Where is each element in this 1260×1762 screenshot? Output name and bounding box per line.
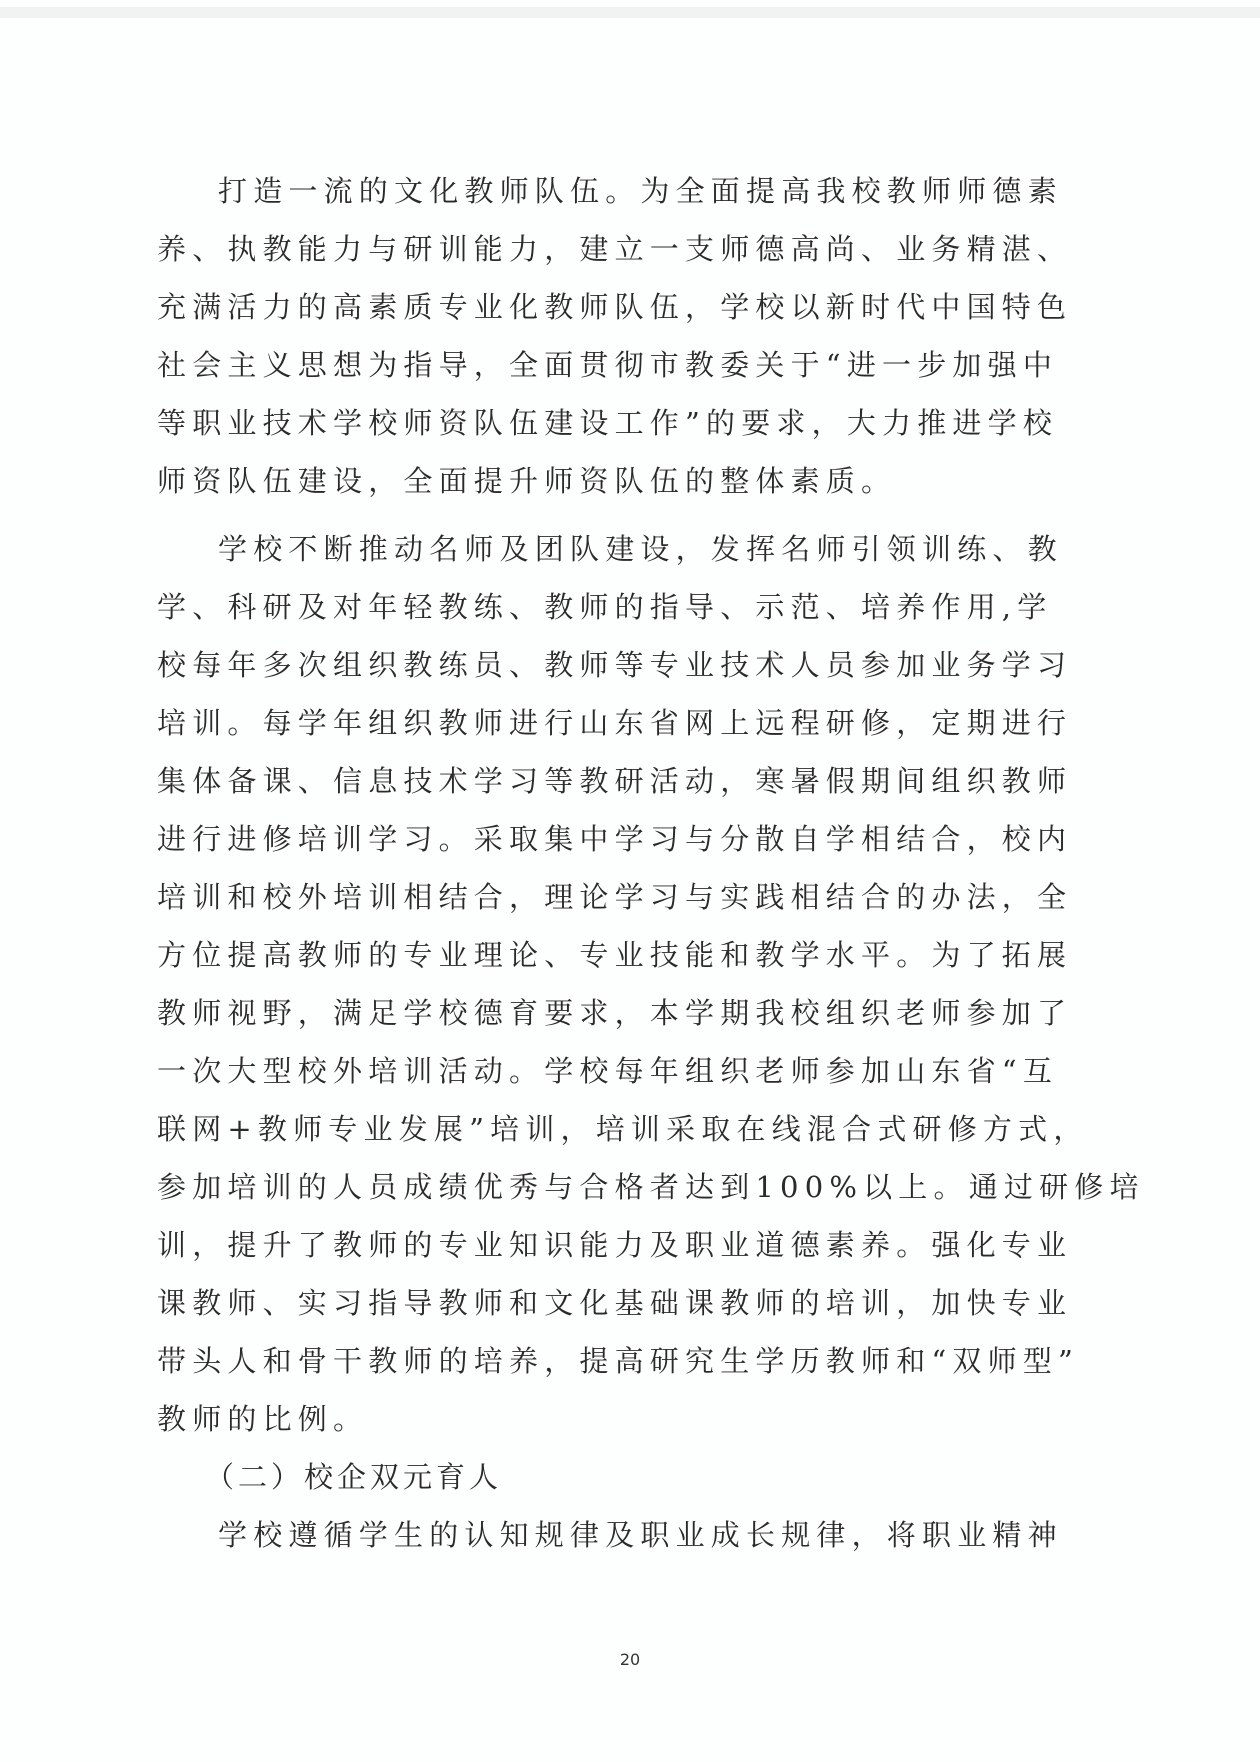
paragraph-1: 打造一流的文化教师队伍。为全面提高我校教师师德素 养、执教能力与研训能力，建立一…: [157, 162, 937, 510]
text-line: 带头人和骨干教师的培养，提高研究生学历教师和“双师型”: [157, 1332, 937, 1390]
text-line: 师资队伍建设，全面提升师资队伍的整体素质。: [157, 452, 937, 510]
text-line: 教师视野，满足学校德育要求，本学期我校组织老师参加了: [157, 984, 937, 1042]
text-line: 打造一流的文化教师队伍。为全面提高我校教师师德素: [157, 162, 937, 220]
text-line: 教师的比例。: [157, 1390, 937, 1448]
text-line: 充满活力的高素质专业化教师队伍，学校以新时代中国特色: [157, 278, 937, 336]
text-line: 训，提升了教师的专业知识能力及职业道德素养。强化专业: [157, 1216, 937, 1274]
text-line: 方位提高教师的专业理论、专业技能和教学水平。为了拓展: [157, 926, 937, 984]
text-line: 培训。每学年组织教师进行山东省网上远程研修，定期进行: [157, 694, 937, 752]
paragraph-2: 学校不断推动名师及团队建设，发挥名师引领训练、教 学、科研及对年轻教练、教师的指…: [157, 520, 937, 1448]
text-line: 进行进修培训学习。采取集中学习与分散自学相结合，校内: [157, 810, 937, 868]
text-line: 联网+教师专业发展”培训，培训采取在线混合式研修方式，: [157, 1100, 937, 1158]
text-line: 养、执教能力与研训能力，建立一支师德高尚、业务精湛、: [157, 220, 937, 278]
page-number: 20: [0, 1650, 1260, 1669]
paragraph-3: 学校遵循学生的认知规律及职业成长规律，将职业精神: [157, 1506, 937, 1564]
text-line: 一次大型校外培训活动。学校每年组织老师参加山东省“互: [157, 1042, 937, 1100]
text-line: 等职业技术学校师资队伍建设工作”的要求，大力推进学校: [157, 394, 937, 452]
text-line: 参加培训的人员成绩优秀与合格者达到100%以上。通过研修培: [157, 1158, 937, 1216]
text-line: 培训和校外培训相结合，理论学习与实践相结合的办法，全: [157, 868, 937, 926]
top-toolbar-strip: [0, 7, 1260, 18]
text-line: 学、科研及对年轻教练、教师的指导、示范、培养作用,学: [157, 578, 937, 636]
document-page: 打造一流的文化教师队伍。为全面提高我校教师师德素 养、执教能力与研训能力，建立一…: [157, 162, 937, 1564]
text-line: 学校不断推动名师及团队建设，发挥名师引领训练、教: [157, 520, 937, 578]
text-line: 学校遵循学生的认知规律及职业成长规律，将职业精神: [157, 1506, 937, 1564]
text-line: 课教师、实习指导教师和文化基础课教师的培训，加快专业: [157, 1274, 937, 1332]
text-line: 集体备课、信息技术学习等教研活动，寒暑假期间组织教师: [157, 752, 937, 810]
section-heading: （二）校企双元育人: [157, 1448, 937, 1506]
text-line: 社会主义思想为指导，全面贯彻市教委关于“进一步加强中: [157, 336, 937, 394]
text-line: 校每年多次组织教练员、教师等专业技术人员参加业务学习: [157, 636, 937, 694]
